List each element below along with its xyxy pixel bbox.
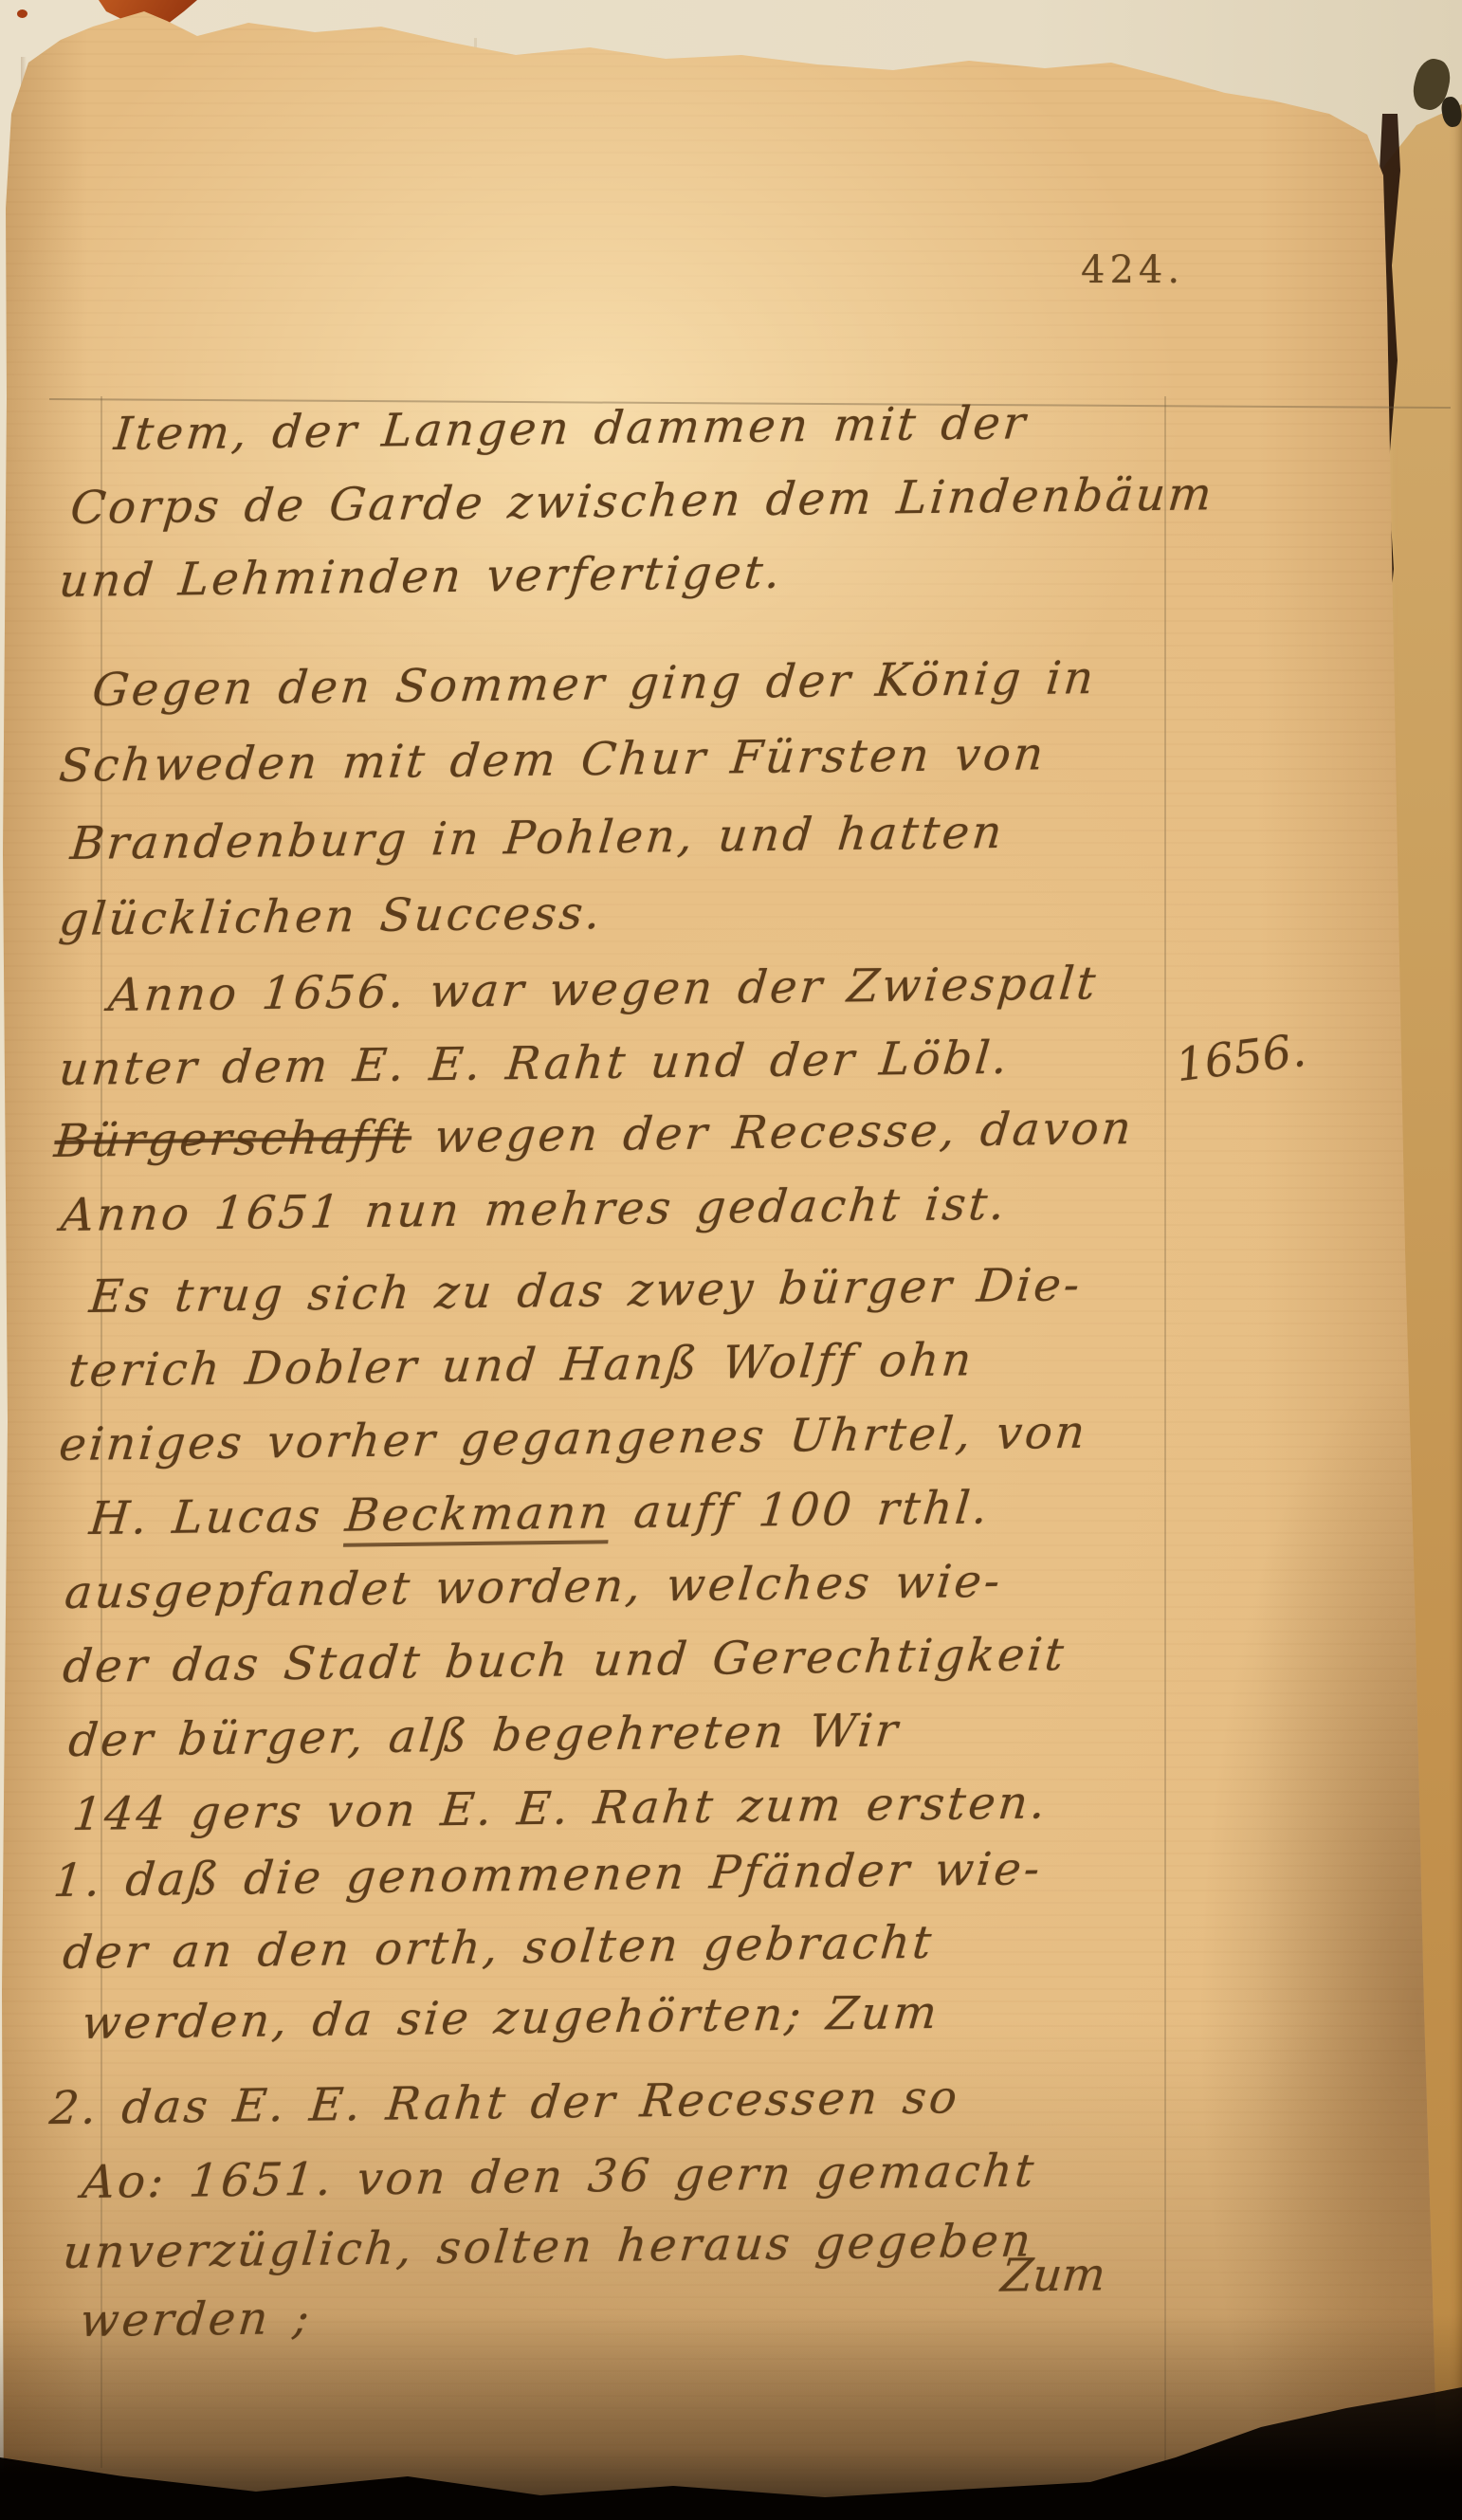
- page-number: 424.: [1081, 248, 1184, 292]
- manuscript-line: werden, da sie zugehörten; Zum: [80, 1986, 941, 2050]
- manuscript-line: glücklichen Success.: [57, 886, 605, 946]
- underlined-name: Beckmann: [342, 1486, 613, 1546]
- manuscript-line: und Lehminden verfertiget.: [57, 546, 785, 608]
- manuscript-line: Item, der Langen dammen mit der: [112, 396, 1031, 461]
- manuscript-page: [0, 0, 1462, 2520]
- manuscript-line: 2. das E. E. Raht der Recessen so: [47, 2071, 962, 2135]
- pencil-margin-line-right: [1164, 396, 1166, 2468]
- manuscript-photo-scene: 424. 1656. Item, der Langen dammen mit d…: [0, 0, 1462, 2520]
- struck-word: Bürgerschafft: [52, 1110, 414, 1168]
- manuscript-line: H. Lucas Beckmann auff 100 rthl.: [87, 1481, 993, 1545]
- manuscript-line: der an den orth, solten gebracht: [61, 1916, 937, 1980]
- line-continuation: auff 100 rthl.: [609, 1481, 993, 1539]
- line-continuation: wegen der Recesse, davon: [410, 1102, 1137, 1163]
- line-start: H. Lucas: [87, 1489, 348, 1545]
- manuscript-line: der bürger, alß begehreten Wir: [66, 1704, 903, 1767]
- red-wax-speck: [17, 9, 27, 18]
- manuscript-line: terich Dobler und Hanß Wolff ohn: [66, 1333, 977, 1397]
- catchword: Zum: [998, 2248, 1107, 2302]
